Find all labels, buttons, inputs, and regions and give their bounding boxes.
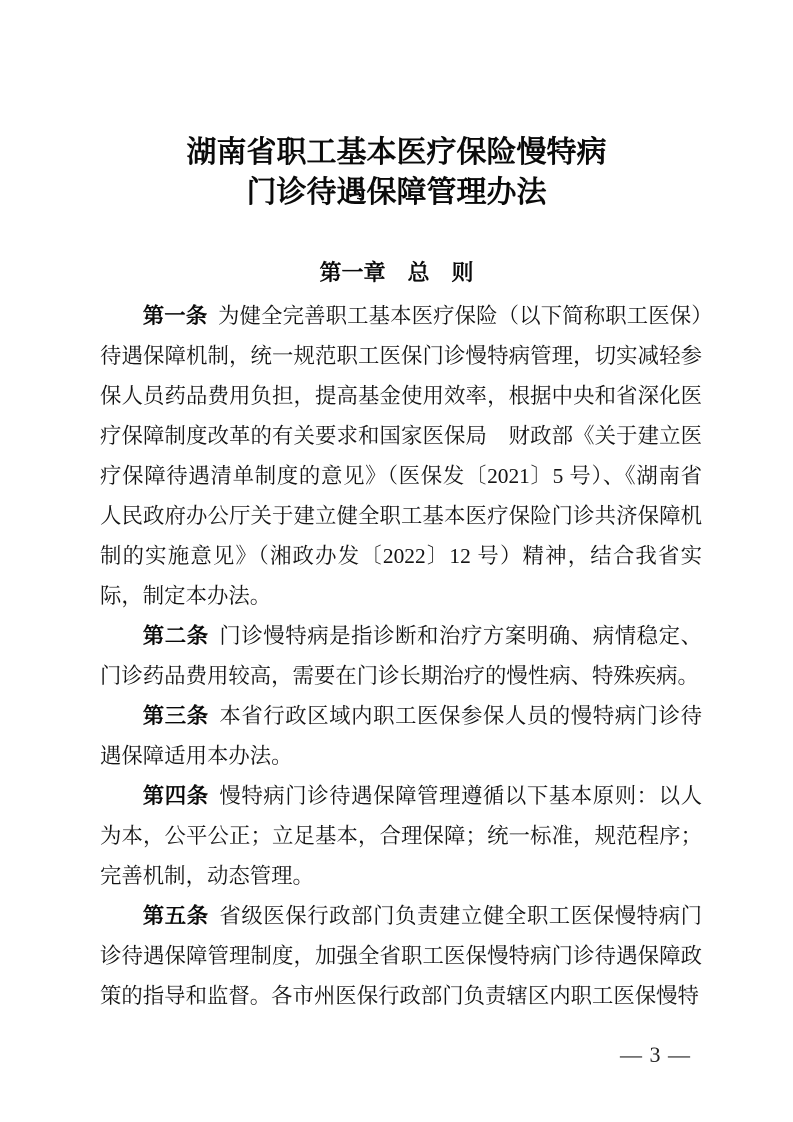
- chapter-heading: 第一章 总 则: [0, 261, 793, 285]
- article-label-1: 第一条: [143, 304, 208, 328]
- title-line-2: 门诊待遇保障管理办法: [247, 176, 547, 209]
- title-line-1: 湖南省职工基本医疗保险慢特病: [187, 136, 607, 169]
- page-number: — 3 —: [620, 1042, 691, 1068]
- document-body: 第一条为健全完善职工基本医疗保险（以下简称职工医保）待遇保障机制，统一规范职工医…: [100, 296, 702, 1016]
- article-label-4: 第四条: [143, 784, 209, 808]
- article-label-3: 第三条: [143, 704, 209, 728]
- article-paragraph-3: 第三条本省行政区域内职工医保参保人员的慢特病门诊待遇保障适用本办法。: [100, 696, 702, 776]
- article-label-2: 第二条: [143, 624, 209, 648]
- article-paragraph-4: 第四条慢特病门诊待遇保障管理遵循以下基本原则：以人为本，公平公正；立足基本，合理…: [100, 776, 702, 896]
- document-page: 湖南省职工基本医疗保险慢特病 门诊待遇保障管理办法 第一章 总 则 第一条为健全…: [0, 0, 793, 1122]
- document-title: 湖南省职工基本医疗保险慢特病 门诊待遇保障管理办法: [0, 133, 793, 213]
- article-label-5: 第五条: [143, 904, 209, 928]
- article-paragraph-2: 第二条门诊慢特病是指诊断和治疗方案明确、病情稳定、门诊药品费用较高，需要在门诊长…: [100, 616, 702, 696]
- article-paragraph-1: 第一条为健全完善职工基本医疗保险（以下简称职工医保）待遇保障机制，统一规范职工医…: [100, 296, 702, 616]
- article-paragraph-5: 第五条省级医保行政部门负责建立健全职工医保慢特病门诊待遇保障管理制度，加强全省职…: [100, 896, 702, 1016]
- article-text-1: 为健全完善职工基本医疗保险（以下简称职工医保）待遇保障机制，统一规范职工医保门诊…: [100, 304, 702, 608]
